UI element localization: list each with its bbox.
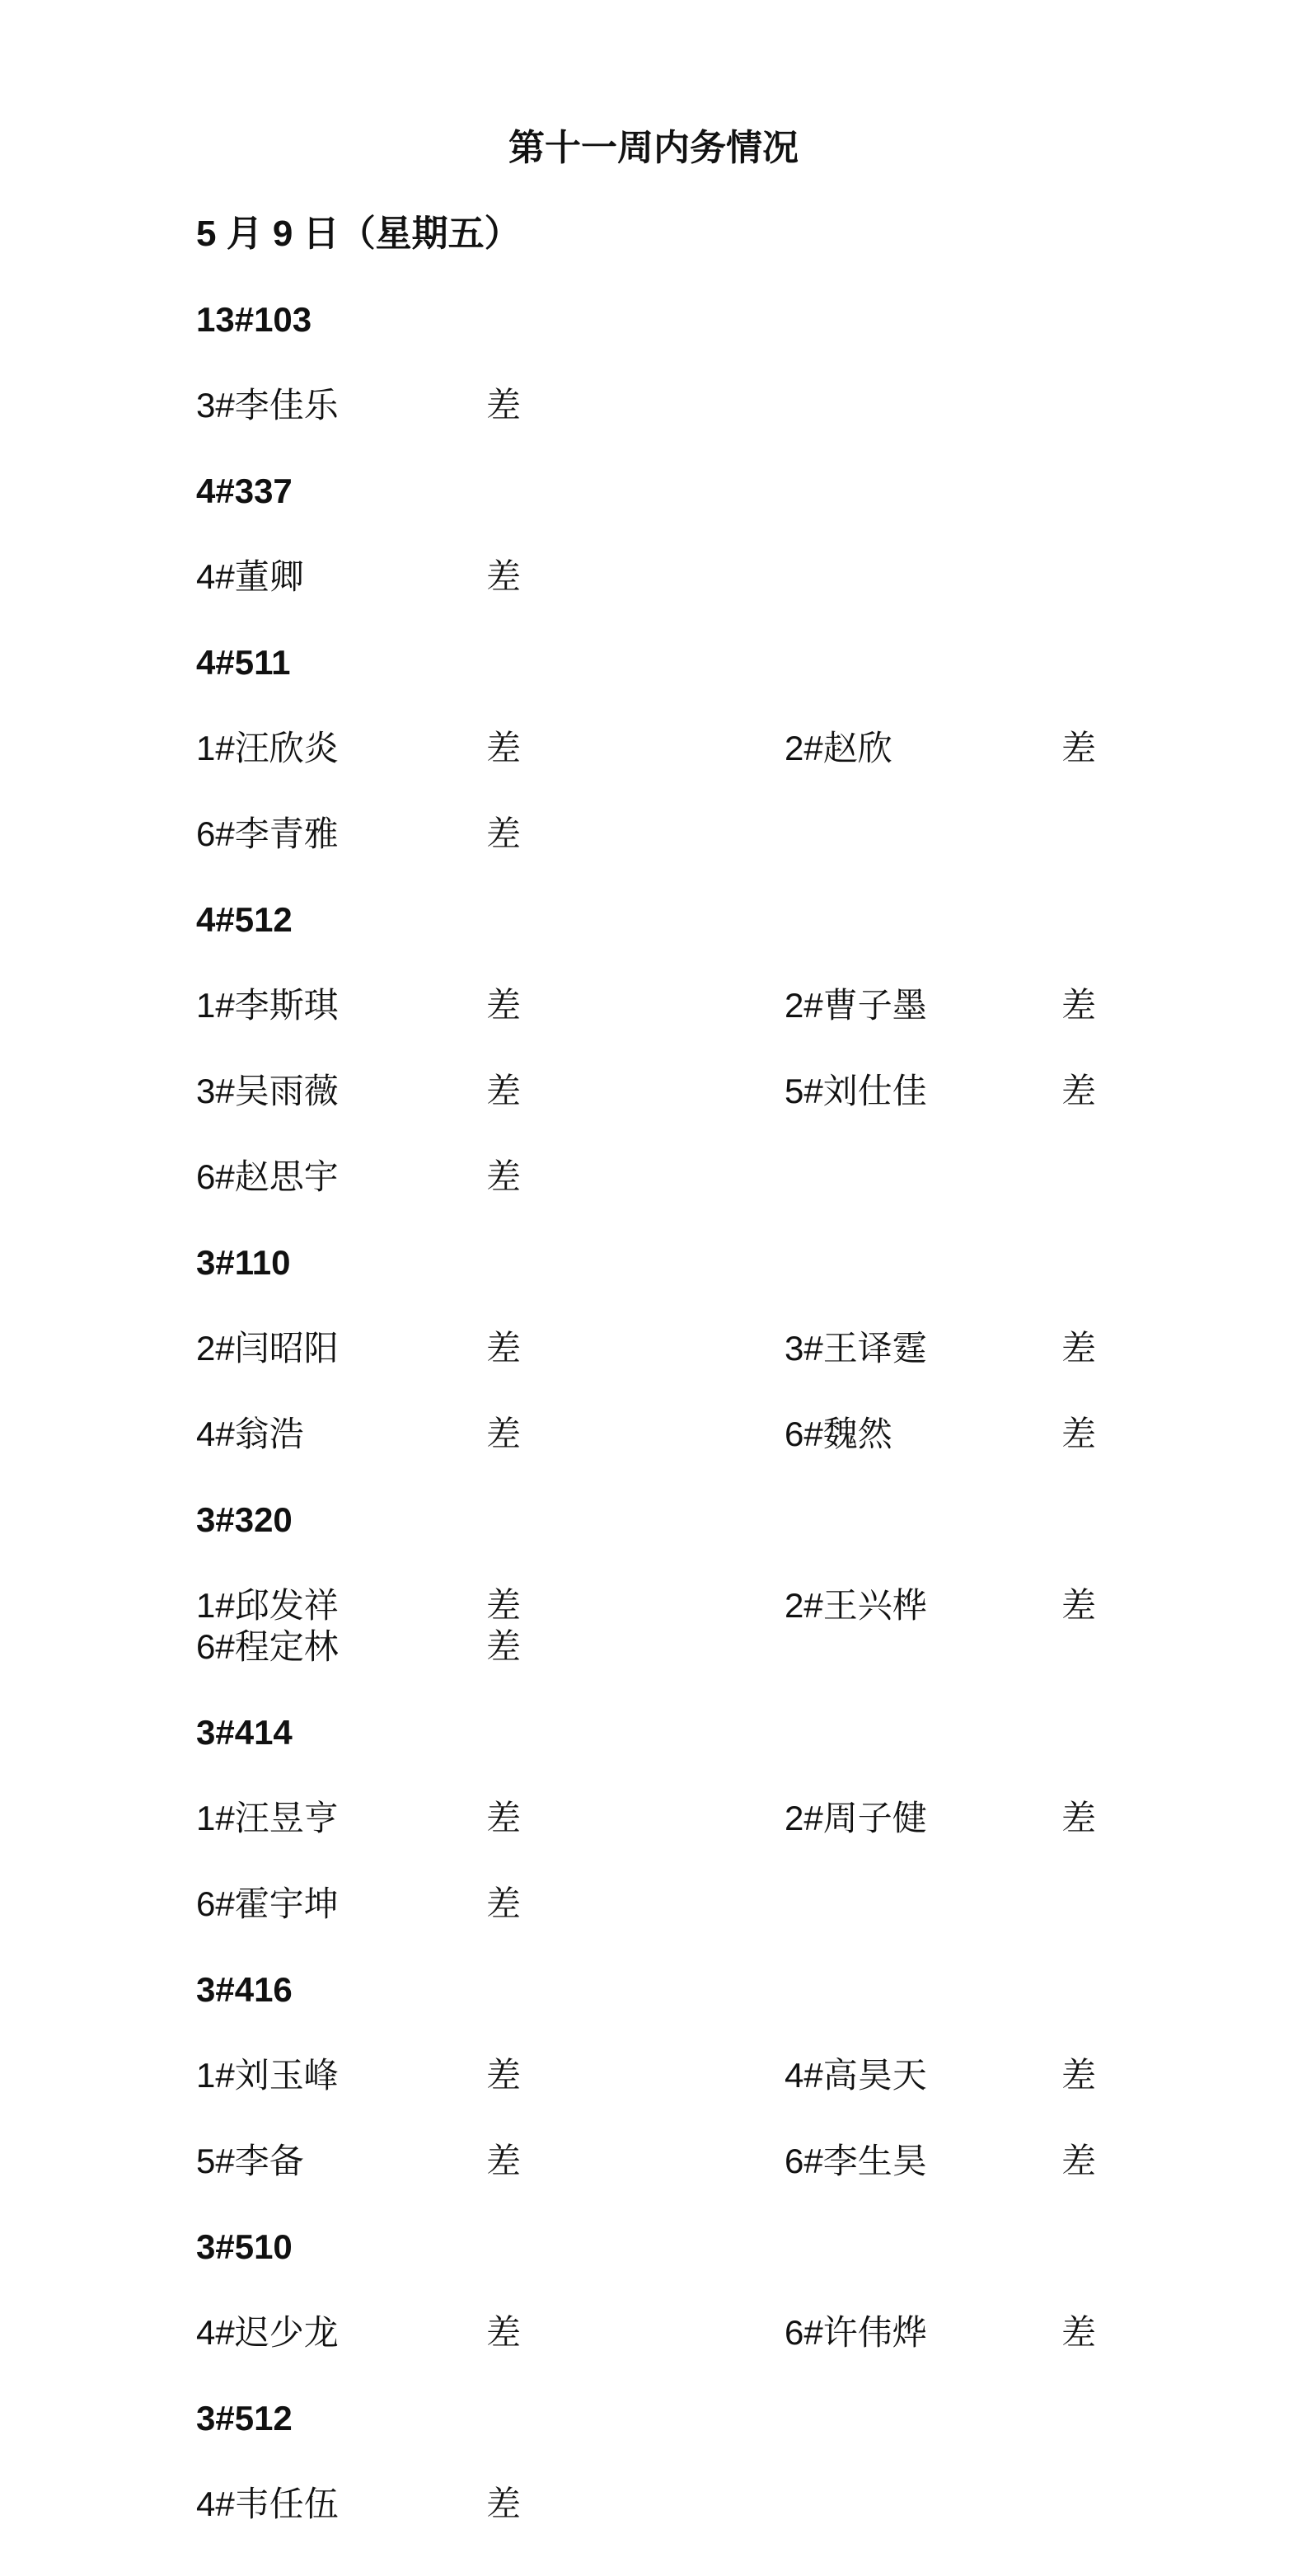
date-heading: 5 月 9 日（星期五） <box>196 216 1307 252</box>
rating-mark: 差 <box>486 2143 785 2180</box>
student-name: 2#赵欣 <box>785 730 1061 767</box>
rating-mark: 差 <box>1061 2143 1096 2180</box>
rating-mark: 差 <box>486 730 785 767</box>
sections-container: 13#1033#李佳乐差4#3374#董卿差4#5111#汪欣炎差2#赵欣差6#… <box>0 302 1307 2522</box>
rating-mark: 差 <box>486 988 785 1024</box>
rating-mark: 差 <box>1061 1330 1096 1367</box>
room-header: 4#337 <box>196 473 1307 509</box>
student-row: 1#汪昱亨差2#周子健差 <box>196 1800 1307 1837</box>
room-header: 4#511 <box>196 645 1307 681</box>
rating-mark: 差 <box>486 1588 785 1624</box>
rating-mark: 差 <box>486 1629 785 1665</box>
student-name: 5#李备 <box>196 2143 486 2180</box>
rating-mark: 差 <box>486 1159 785 1195</box>
student-row: 6#程定林差 <box>196 1629 1307 1665</box>
student-row: 3#吴雨薇差5#刘仕佳差 <box>196 1073 1307 1110</box>
rating-mark: 差 <box>486 1416 785 1452</box>
student-name: 2#周子健 <box>785 1800 1061 1837</box>
room-header: 13#103 <box>196 302 1307 338</box>
student-row: 6#霍宇坤差 <box>196 1886 1307 1922</box>
room-header: 3#110 <box>196 1245 1307 1281</box>
student-row: 1#邱发祥差2#王兴桦差 <box>196 1588 1307 1624</box>
student-row: 4#董卿差 <box>196 559 1307 595</box>
rating-mark: 差 <box>486 1800 785 1837</box>
rating-mark: 差 <box>486 559 785 595</box>
room-header: 3#416 <box>196 1972 1307 2008</box>
rating-mark: 差 <box>1061 1588 1096 1624</box>
student-row: 4#韦任伍差 <box>196 2486 1307 2522</box>
student-row: 6#李青雅差 <box>196 816 1307 852</box>
student-name: 1#邱发祥 <box>196 1588 486 1624</box>
student-name: 5#刘仕佳 <box>785 1073 1061 1110</box>
rating-mark: 差 <box>486 1886 785 1922</box>
student-name: 6#许伟烨 <box>785 2315 1061 2351</box>
student-row: 2#闫昭阳差3#王译霆差 <box>196 1330 1307 1367</box>
student-name: 2#闫昭阳 <box>196 1330 486 1367</box>
student-name: 2#王兴桦 <box>785 1588 1061 1624</box>
student-name: 6#霍宇坤 <box>196 1886 486 1922</box>
student-row: 1#汪欣炎差2#赵欣差 <box>196 730 1307 767</box>
student-name: 6#李青雅 <box>196 816 486 852</box>
rating-mark: 差 <box>1061 1073 1096 1110</box>
student-name: 1#刘玉峰 <box>196 2058 486 2094</box>
student-name: 6#赵思宇 <box>196 1159 486 1195</box>
student-name: 2#曹子墨 <box>785 988 1061 1024</box>
rating-mark: 差 <box>1061 1800 1096 1837</box>
student-row: 1#李斯琪差2#曹子墨差 <box>196 988 1307 1024</box>
rating-mark: 差 <box>486 2058 785 2094</box>
rating-mark: 差 <box>1061 988 1096 1024</box>
student-name: 1#李斯琪 <box>196 988 486 1024</box>
student-row: 1#刘玉峰差4#高昊天差 <box>196 2058 1307 2094</box>
page-title: 第十一周内务情况 <box>0 130 1307 167</box>
document-page: 第十一周内务情况 5 月 9 日（星期五） 13#1033#李佳乐差4#3374… <box>0 0 1307 2576</box>
room-header: 3#414 <box>196 1715 1307 1751</box>
room-header: 3#512 <box>196 2400 1307 2437</box>
student-name: 4#翁浩 <box>196 1416 486 1452</box>
rating-mark: 差 <box>486 816 785 852</box>
room-header: 3#320 <box>196 1502 1307 1538</box>
student-name: 6#魏然 <box>785 1416 1061 1452</box>
student-row: 4#迟少龙差6#许伟烨差 <box>196 2315 1307 2351</box>
student-name: 3#王译霆 <box>785 1330 1061 1367</box>
student-name: 3#吴雨薇 <box>196 1073 486 1110</box>
rating-mark: 差 <box>486 1073 785 1110</box>
student-row: 5#李备差6#李生昊差 <box>196 2143 1307 2180</box>
student-row: 3#李佳乐差 <box>196 387 1307 424</box>
student-name: 1#汪欣炎 <box>196 730 486 767</box>
student-name: 4#董卿 <box>196 559 486 595</box>
student-row: 6#赵思宇差 <box>196 1159 1307 1195</box>
rating-mark: 差 <box>1061 2058 1096 2094</box>
student-name: 4#高昊天 <box>785 2058 1061 2094</box>
student-name: 1#汪昱亨 <box>196 1800 486 1837</box>
room-header: 4#512 <box>196 902 1307 938</box>
student-name: 3#李佳乐 <box>196 387 486 424</box>
rating-mark: 差 <box>486 1330 785 1367</box>
rating-mark: 差 <box>486 387 785 424</box>
rating-mark: 差 <box>1061 1416 1096 1452</box>
student-name: 6#李生昊 <box>785 2143 1061 2180</box>
student-name: 4#迟少龙 <box>196 2315 486 2351</box>
rating-mark: 差 <box>486 2486 785 2522</box>
student-row: 4#翁浩差6#魏然差 <box>196 1416 1307 1452</box>
student-name: 6#程定林 <box>196 1629 486 1665</box>
rating-mark: 差 <box>486 2315 785 2351</box>
rating-mark: 差 <box>1061 2315 1096 2351</box>
room-header: 3#510 <box>196 2229 1307 2265</box>
rating-mark: 差 <box>1061 730 1096 767</box>
student-name: 4#韦任伍 <box>196 2486 486 2522</box>
